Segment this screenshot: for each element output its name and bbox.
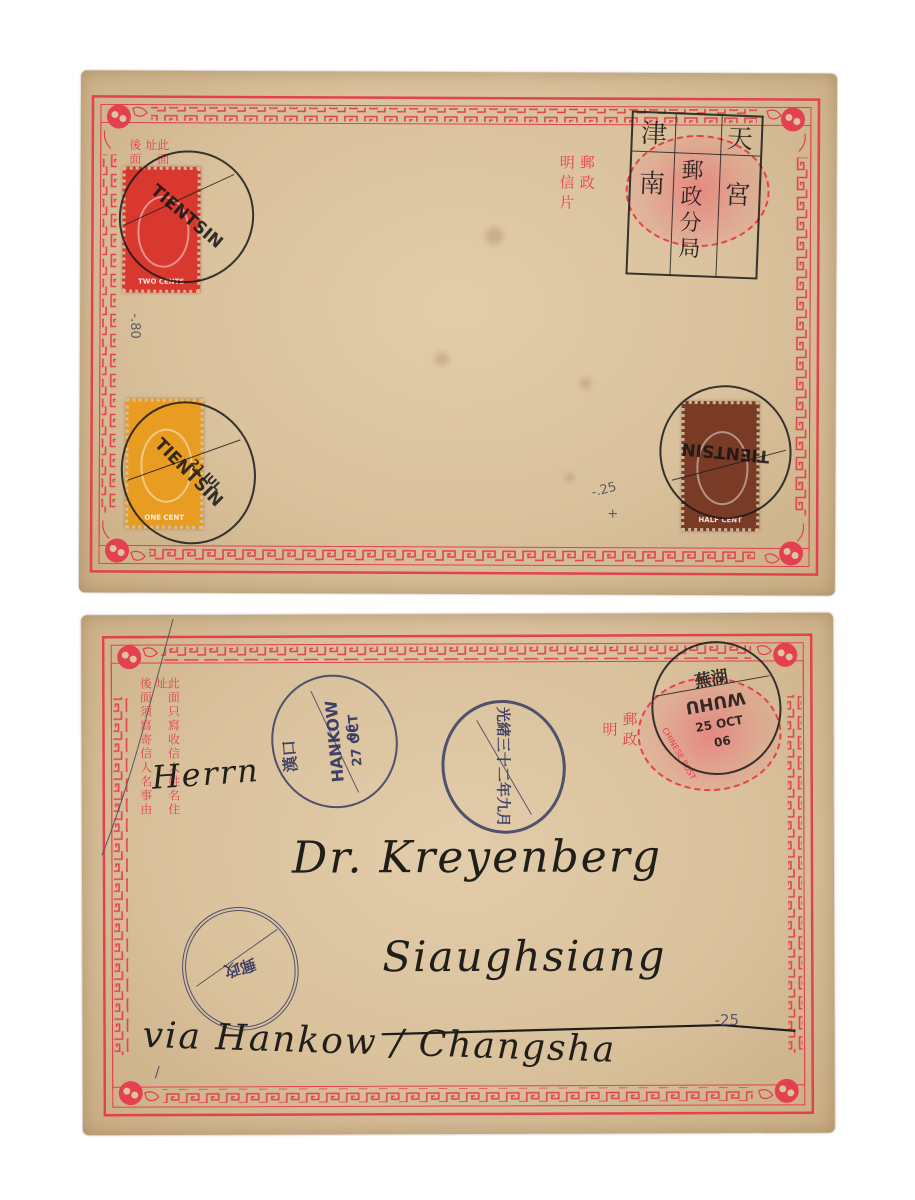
title-char: 郵 bbox=[621, 711, 636, 728]
box-cancel: 津 南 郵 政 分 局 天 宮 bbox=[625, 111, 763, 280]
cancel-chinese: 蕪湖 bbox=[692, 662, 730, 693]
cancel-city: HANKOW bbox=[321, 700, 347, 783]
box-char: 宮 bbox=[724, 182, 751, 209]
title-char: 信 bbox=[559, 174, 574, 191]
cancel-year: 06 bbox=[343, 724, 358, 742]
cancel-city: TIENTSIN bbox=[150, 434, 226, 511]
cancel-year: 06 bbox=[713, 733, 732, 750]
pencil-price-note: -.80 bbox=[127, 313, 142, 338]
address-name: Dr. Kreyenberg bbox=[292, 831, 662, 883]
box-char: 天 bbox=[726, 126, 753, 153]
cancel-date-chinese: 光緒三十二年九月 bbox=[493, 707, 514, 827]
cancel-city: TIENTSIN bbox=[681, 438, 771, 466]
title-char: 明 bbox=[601, 721, 616, 738]
postcard-front-bottom: 後面須寫寄信人名事由 此面只寫收信人姓名住址 郵 政 明 CHINESE POS… bbox=[81, 613, 835, 1136]
address-salutation: Herrn bbox=[150, 751, 261, 797]
pencil-mark: / bbox=[155, 1063, 160, 1081]
title-char: 片 bbox=[559, 194, 574, 211]
instructions-text-2: 此面只寫收信人姓名住址 bbox=[155, 677, 180, 827]
postcard-front-top: 後面須寫寄信人名事由 此面只寫收信人姓名住址 郵 政 明 信 片 津 南 郵 政… bbox=[79, 70, 837, 595]
address-route: via Hankow / Changsha bbox=[142, 1015, 617, 1071]
box-char: 局 bbox=[678, 238, 701, 261]
box-char: 分 bbox=[679, 212, 702, 235]
title-char: 郵 bbox=[579, 155, 594, 172]
hunan-cancel: 光緒三十二年九月 bbox=[431, 690, 577, 844]
cancel-city: TIENTSIN bbox=[146, 181, 226, 253]
title-char: 政 bbox=[579, 175, 594, 192]
box-char: 津 bbox=[640, 121, 667, 148]
pencil-mark: + bbox=[607, 507, 618, 522]
tientsin-cancel: TIENTSIN bbox=[645, 371, 807, 534]
hankow-cancel: HANKOW 27 OCT 06 漢口 bbox=[256, 660, 413, 822]
instructions-text-1: 後面須寫寄信人名事由 bbox=[139, 677, 152, 827]
title-char: 明 bbox=[559, 154, 574, 171]
box-char: 郵 bbox=[681, 161, 704, 184]
cancel-date: 25 OCT bbox=[694, 712, 744, 734]
title-char: 政 bbox=[622, 731, 637, 748]
cancel-chinese: 漢口 bbox=[276, 739, 302, 773]
box-char: 政 bbox=[680, 186, 703, 209]
pencil-price-note: -.25 bbox=[590, 480, 618, 501]
box-char: 南 bbox=[638, 171, 665, 198]
cancel-chinese: 郵政 bbox=[222, 953, 259, 984]
address-city: Siaughsiang bbox=[382, 931, 666, 981]
pencil-price-note: -25 bbox=[714, 1011, 739, 1029]
